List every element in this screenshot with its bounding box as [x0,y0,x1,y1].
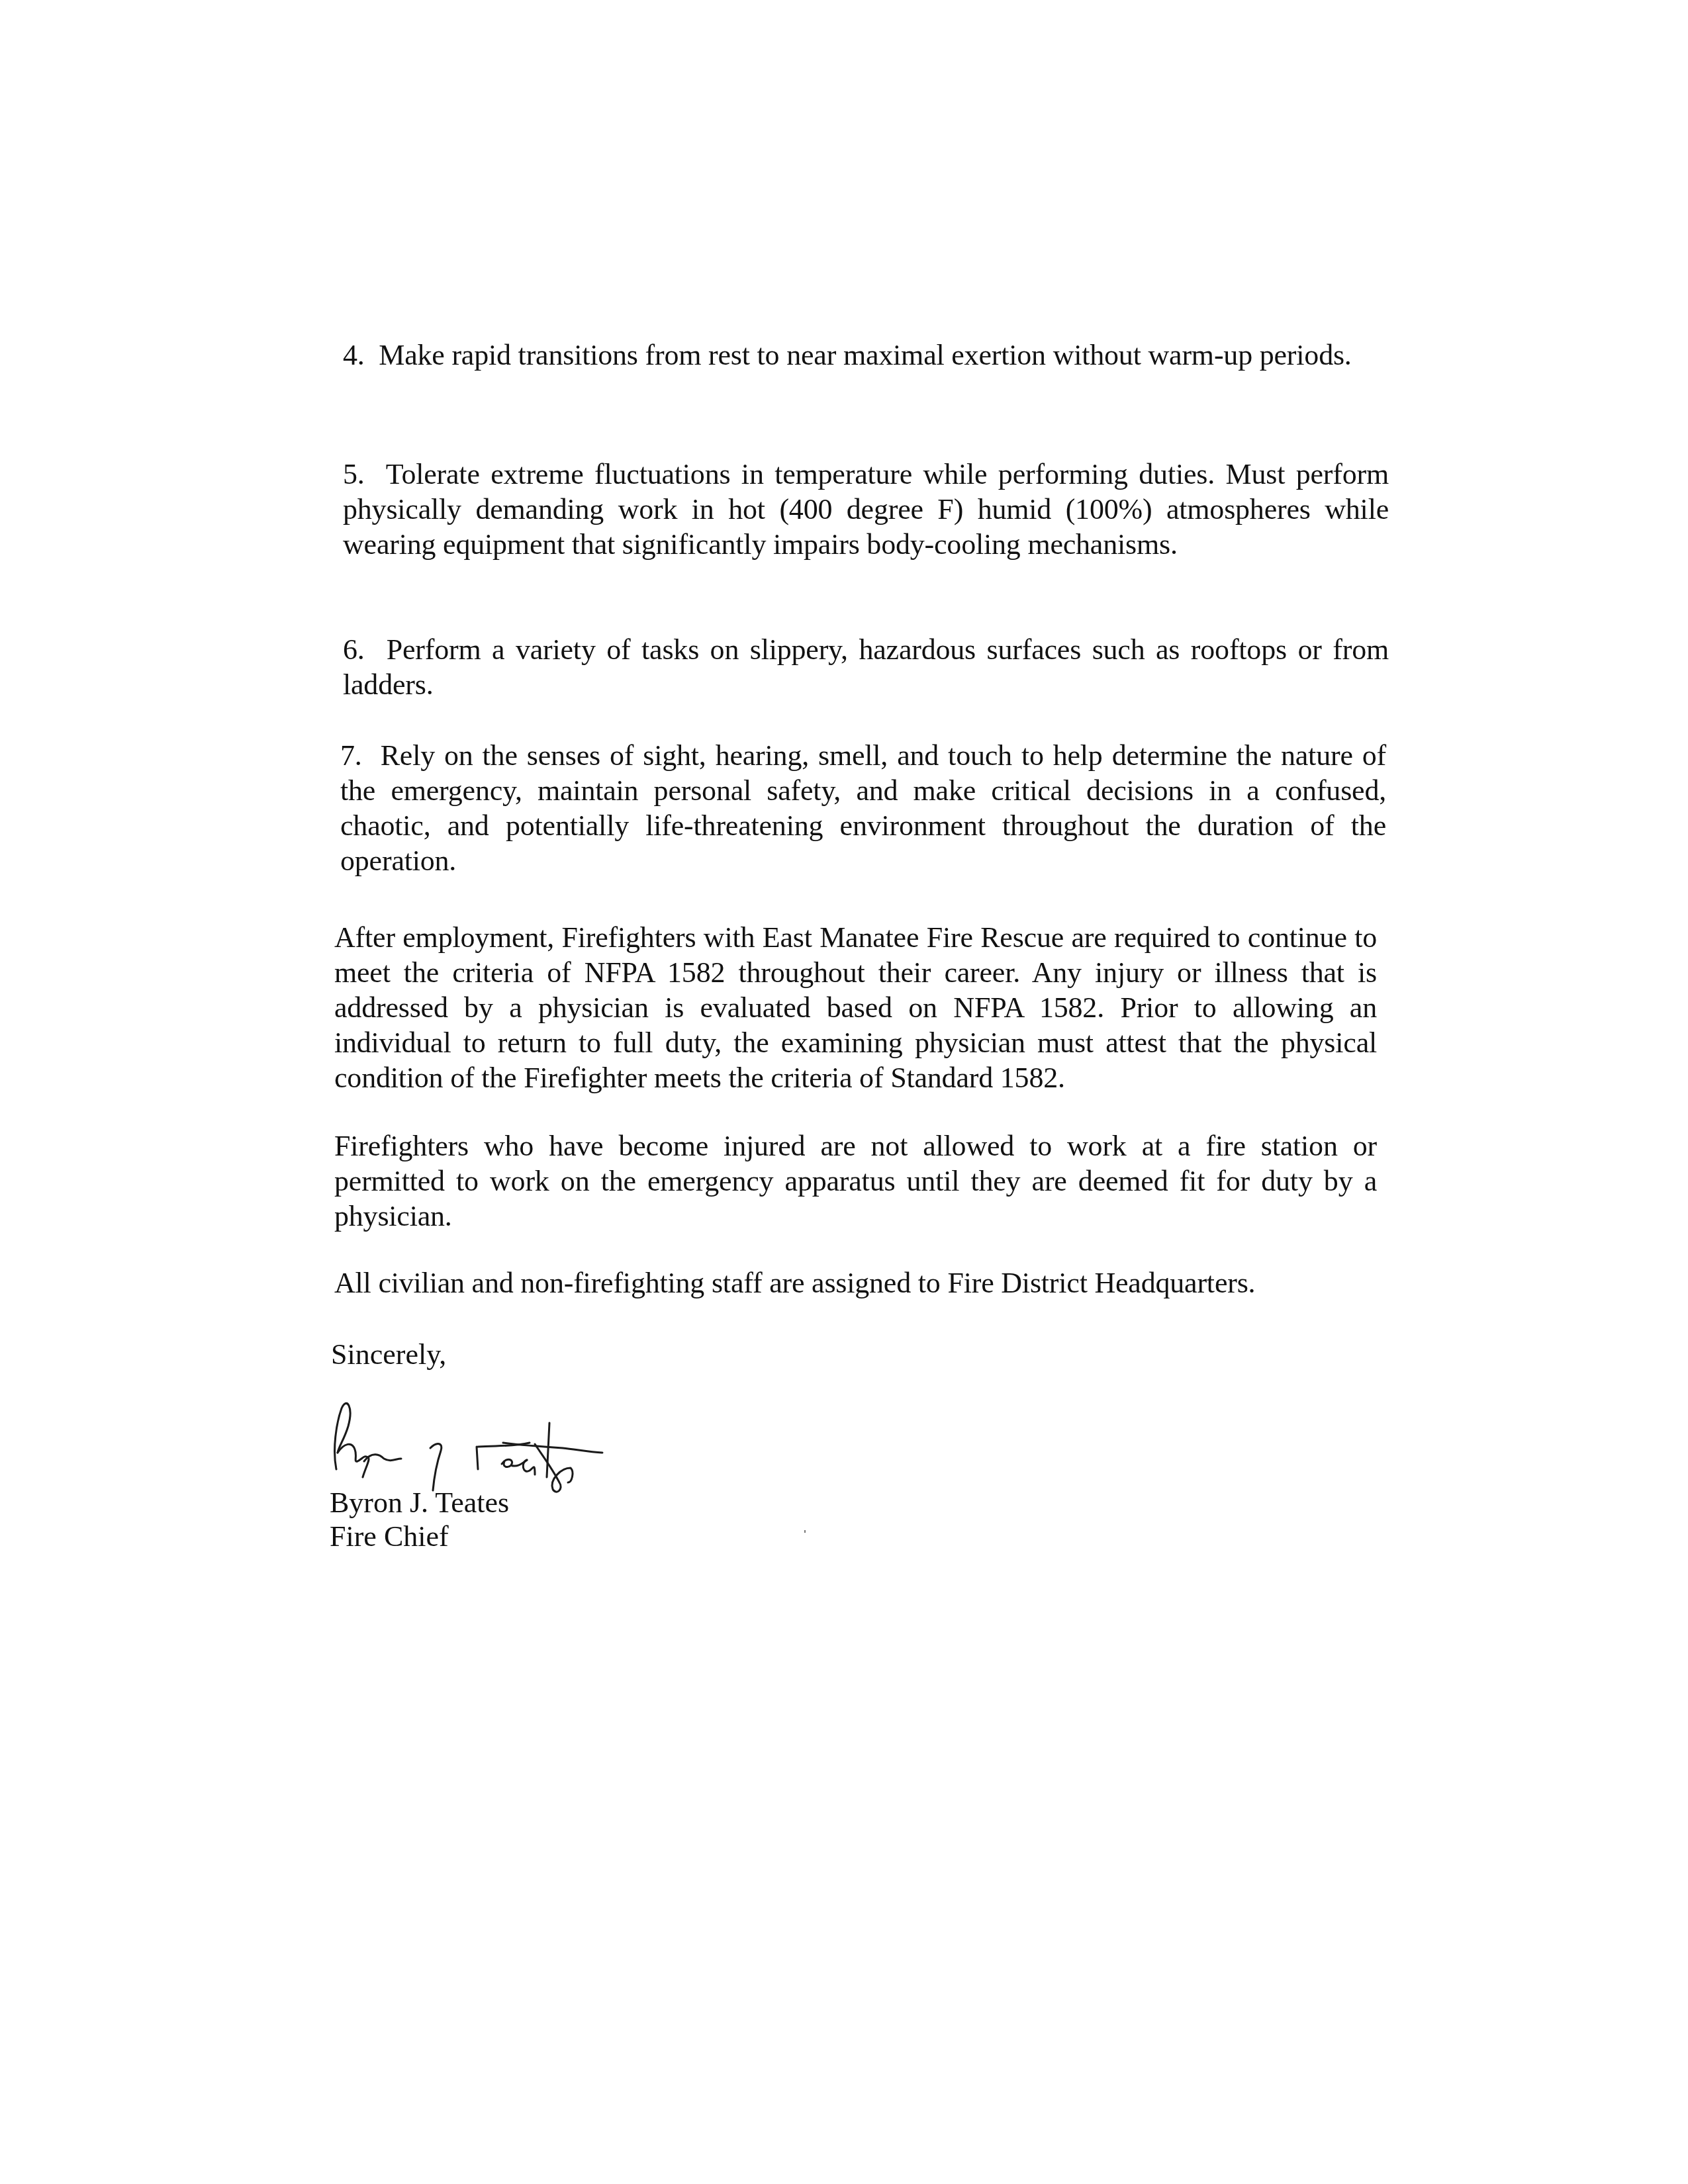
letter-page: 4. Make rapid transitions from rest to n… [0,0,1688,2184]
requirement-item-4: 4. Make rapid transitions from rest to n… [343,338,1389,373]
item-number: 7. [340,739,362,772]
requirement-item-5: 5. Tolerate extreme fluctuations in temp… [343,457,1389,562]
scan-speck [804,1530,806,1533]
item-text: Make rapid transitions from rest to near… [379,339,1351,371]
item-number: 6. [343,633,365,666]
item-text: Rely on the senses of sight, hearing, sm… [340,739,1386,877]
requirement-item-6: 6. Perform a variety of tasks on slipper… [343,632,1389,702]
item-number: 4. [343,339,365,371]
closing-salutation: Sincerely, [331,1337,446,1372]
item-text: Perform a variety of tasks on slippery, … [343,633,1389,701]
item-number: 5. [343,458,365,490]
item-text: Tolerate extreme fluctuations in tempera… [343,458,1389,561]
signer-title: Fire Chief [330,1519,449,1554]
requirement-item-7: 7. Rely on the senses of sight, hearing,… [340,738,1386,878]
paragraph-civilian-staff: All civilian and non-firefighting staff … [334,1265,1380,1300]
paragraph-injured-firefighters: Firefighters who have become injured are… [334,1128,1377,1234]
paragraph-post-employment: After employment, Firefighters with East… [334,920,1377,1095]
signer-name: Byron J. Teates [330,1485,509,1520]
